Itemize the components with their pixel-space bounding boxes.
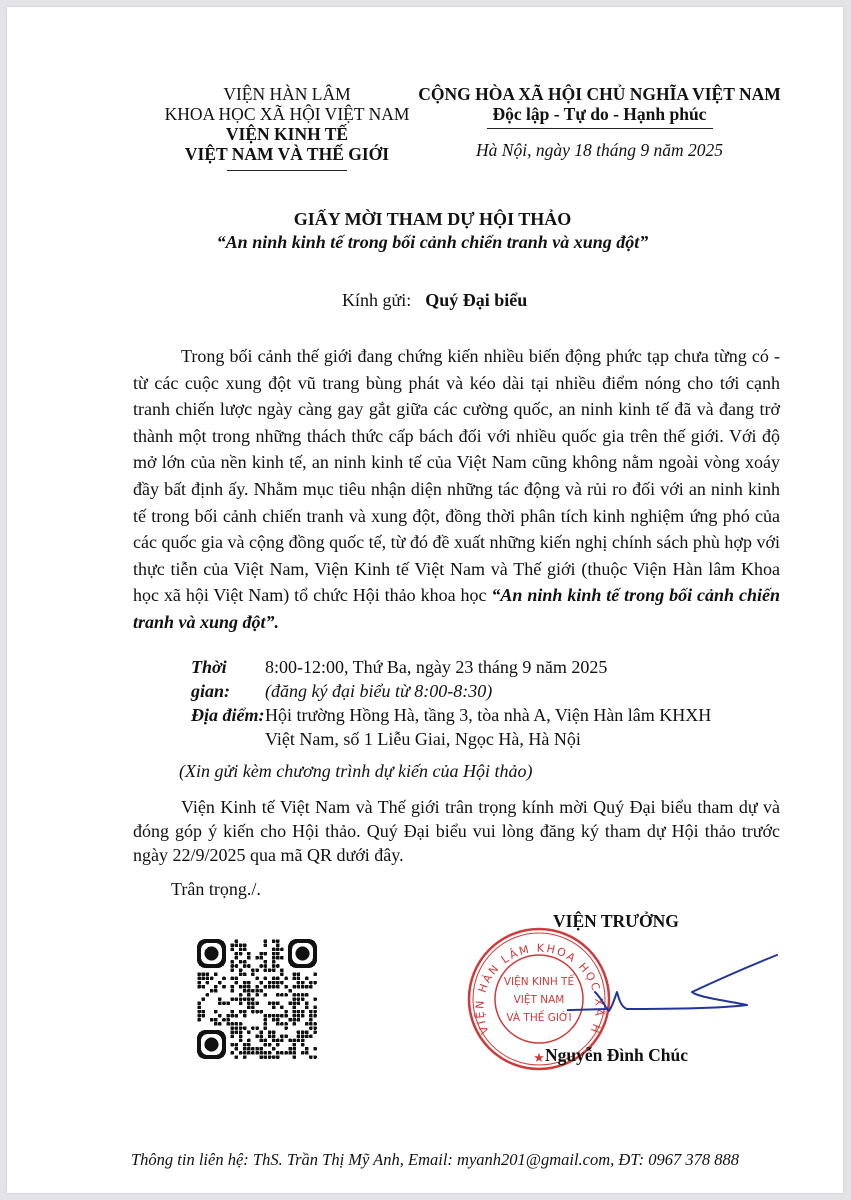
time-label: Thời gian: — [191, 655, 265, 703]
document-title: GIẤY MỜI THAM DỰ HỘI THẢO “An ninh kinh … — [107, 208, 758, 254]
stamp-center-line-1: VIỆN KINH TẾ — [504, 974, 575, 988]
time-value: 8:00-12:00, Thứ Ba, ngày 23 tháng 9 năm … — [265, 655, 607, 679]
body-paragraph: Trong bối cảnh thế giới đang chứng kiến … — [133, 343, 780, 636]
agency-line-1: VIỆN HÀN LÂM — [152, 84, 422, 104]
handwritten-signature — [567, 937, 787, 1027]
greeting: Kính gửi:Quý Đại biểu — [342, 290, 527, 311]
closing-paragraph: Viện Kinh tế Việt Nam và Thế giới trân t… — [133, 795, 780, 867]
place-row: Địa điểm: Hội trường Hồng Hà, tầng 3, tò… — [191, 703, 711, 751]
header-divider-right — [487, 128, 713, 129]
place-line-1: Hội trường Hồng Hà, tầng 3, tòa nhà A, V… — [265, 703, 711, 727]
time-row: Thời gian: 8:00-12:00, Thứ Ba, ngày 23 t… — [191, 655, 711, 703]
regards: Trân trọng./. — [171, 879, 261, 900]
agency-line-2: KHOA HỌC XÃ HỘI VIỆT NAM — [152, 104, 422, 124]
time-note: (đăng ký đại biểu từ 8:00-8:30) — [265, 679, 607, 703]
attachment-note: (Xin gửi kèm chương trình dự kiến của Hộ… — [179, 761, 533, 782]
national-title: CỘNG HÒA XÃ HỘI CHỦ NGHĨA VIỆT NAM — [412, 84, 787, 104]
issuing-agency-header: VIỆN HÀN LÂM KHOA HỌC XÃ HỘI VIỆT NAM VI… — [152, 84, 422, 171]
title-subtitle: “An ninh kinh tế trong bối cảnh chiến tr… — [107, 231, 758, 254]
greeting-recipient: Quý Đại biểu — [425, 290, 527, 310]
event-info: Thời gian: 8:00-12:00, Thứ Ba, ngày 23 t… — [191, 655, 711, 751]
body-text: Trong bối cảnh thế giới đang chứng kiến … — [133, 346, 780, 605]
greeting-label: Kính gửi: — [342, 290, 411, 310]
issue-date: Hà Nội, ngày 18 tháng 9 năm 2025 — [412, 140, 787, 160]
title-main: GIẤY MỜI THAM DỰ HỘI THẢO — [107, 208, 758, 231]
registration-qr-code[interactable] — [197, 939, 317, 1059]
stamp-center-line-3: VÀ THẾ GIỚI — [506, 1010, 571, 1024]
place-label: Địa điểm: — [191, 703, 265, 751]
signatory-name: Nguyễn Đình Chúc — [545, 1045, 688, 1066]
stamp-center-line-2: VIỆT NAM — [514, 993, 565, 1006]
institute-name-line-1: VIỆN KINH TẾ — [152, 124, 422, 144]
national-header: CỘNG HÒA XÃ HỘI CHỦ NGHĨA VIỆT NAM Độc l… — [412, 84, 787, 160]
star-icon: ★ — [533, 1050, 545, 1065]
institute-name-line-2: VIỆT NAM VÀ THẾ GIỚI — [152, 144, 422, 164]
place-line-2: Việt Nam, số 1 Liễu Giai, Ngọc Hà, Hà Nộ… — [265, 727, 711, 751]
document-page: VIỆN HÀN LÂM KHOA HỌC XÃ HỘI VIỆT NAM VI… — [7, 7, 843, 1193]
contact-info: Thông tin liên hệ: ThS. Trần Thị Mỹ Anh,… — [131, 1150, 739, 1170]
national-motto: Độc lập - Tự do - Hạnh phúc — [412, 104, 787, 124]
header-divider-left — [227, 170, 347, 171]
